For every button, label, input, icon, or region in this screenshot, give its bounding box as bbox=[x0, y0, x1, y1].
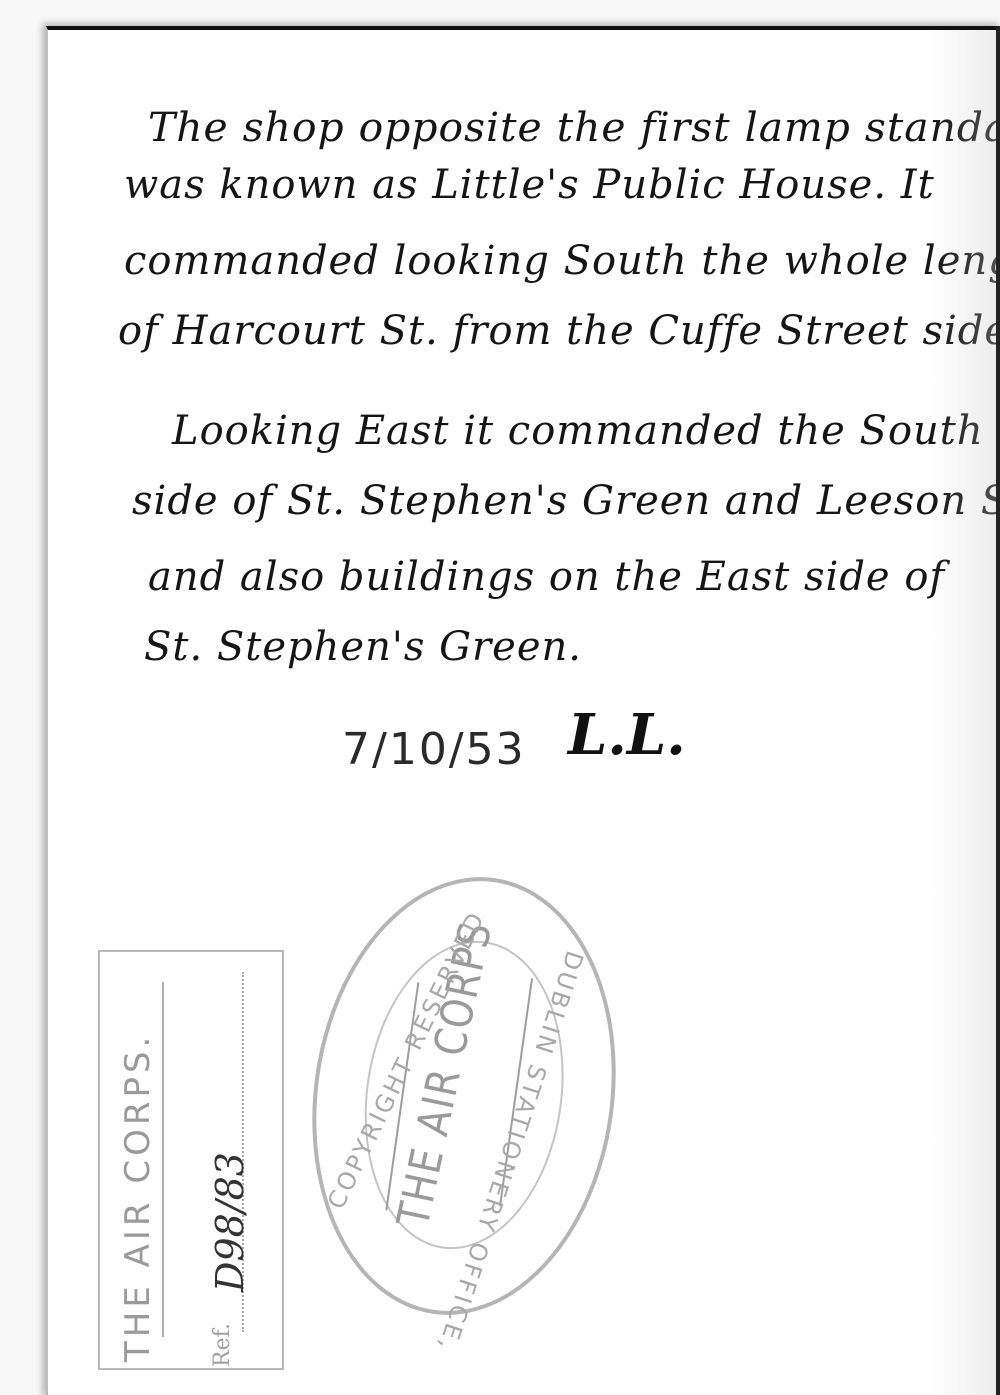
ref-value: D98/83 bbox=[208, 1152, 252, 1292]
note-line-7: and also buildings on the East side of bbox=[148, 554, 945, 600]
note-line-1: The shop opposite the first lamp standar… bbox=[148, 105, 1000, 151]
note-line-8: St. Stephen's Green. bbox=[144, 624, 582, 670]
note-line-3: commanded looking South the whole length bbox=[124, 238, 1000, 284]
note-initials: L.L. bbox=[568, 702, 686, 768]
photo-reverse-card: The shop opposite the first lamp standar… bbox=[46, 26, 1000, 1395]
note-line-5: Looking East it commanded the South bbox=[172, 408, 984, 454]
ref-box-divider bbox=[162, 982, 164, 1337]
note-line-6: side of St. Stephen's Green and Leeson S… bbox=[132, 478, 1000, 524]
ref-box-stamp: THE AIR CORPS. Ref. D98/83 bbox=[98, 950, 284, 1370]
note-line-2: was known as Little's Public House. It bbox=[124, 162, 935, 208]
oval-copyright-stamp: THE AIR CORPS COPYRIGHT RESERVED DUBLIN … bbox=[285, 857, 643, 1334]
ref-label: Ref. bbox=[210, 1323, 235, 1367]
card-right-edge bbox=[996, 26, 1000, 1395]
ref-box-title: THE AIR CORPS. bbox=[118, 982, 158, 1362]
note-line-4: of Harcourt St. from the Cuffe Street si… bbox=[118, 308, 1000, 354]
note-date: 7/10/53 bbox=[342, 724, 526, 775]
